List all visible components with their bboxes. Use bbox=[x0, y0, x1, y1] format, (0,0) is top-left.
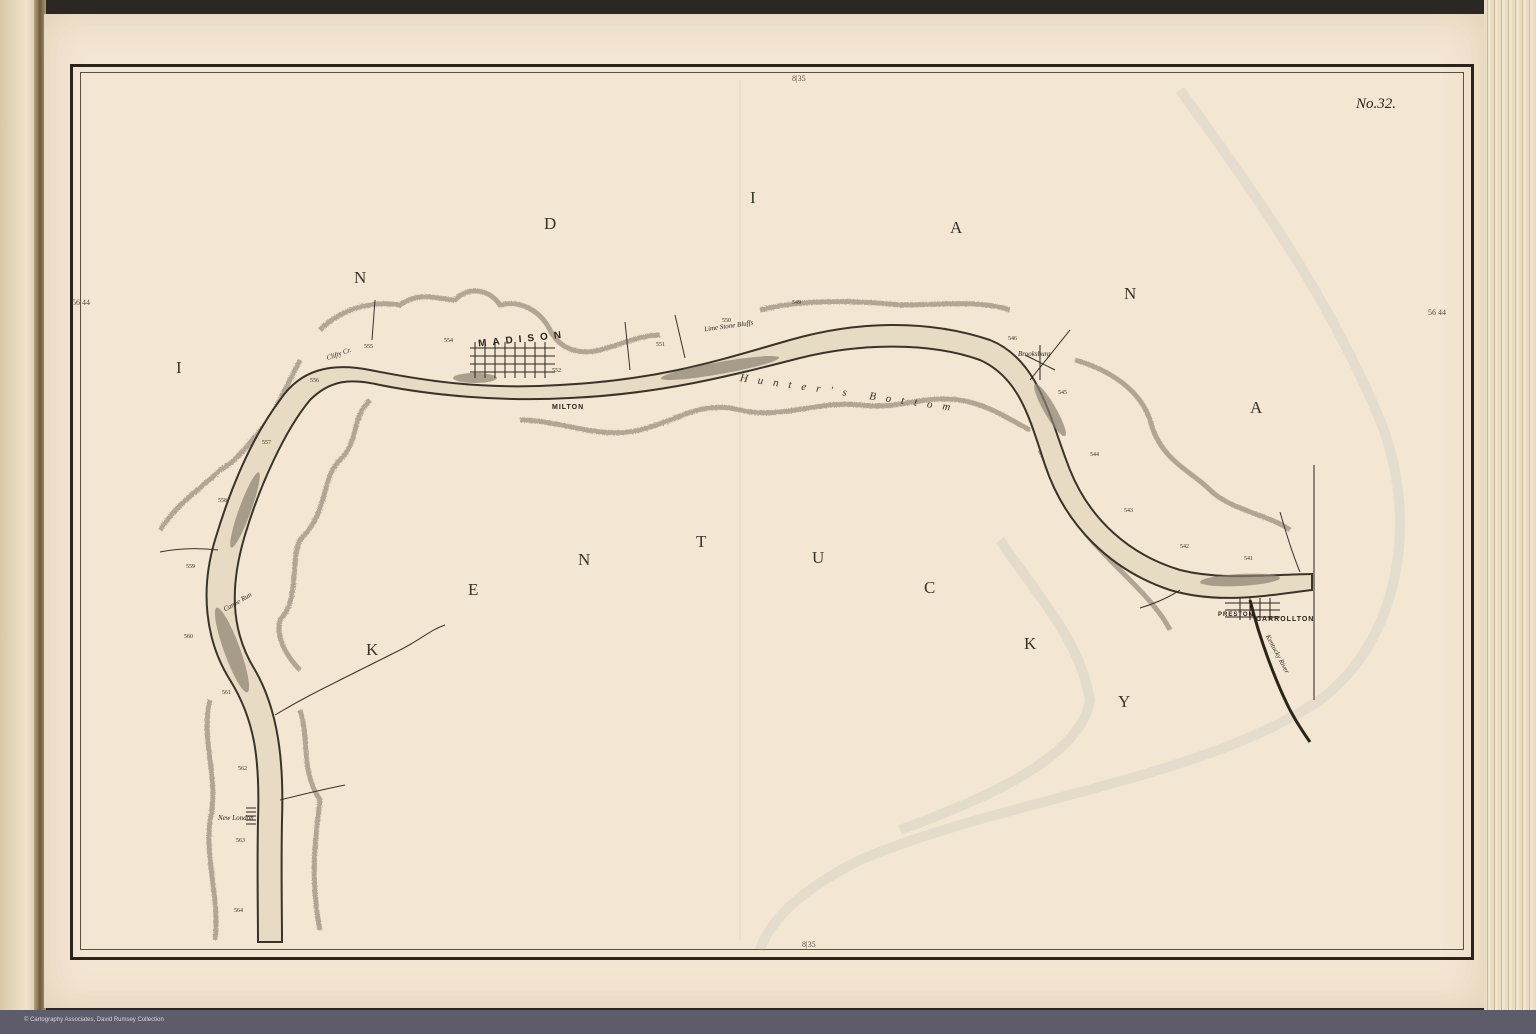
mile-marker: 551 bbox=[656, 342, 665, 348]
ohio-river bbox=[207, 325, 1312, 942]
mile-marker: 564 bbox=[234, 908, 243, 914]
mile-marker: 561 bbox=[222, 690, 231, 696]
state-label-kentucky-letter: K bbox=[366, 640, 378, 660]
river-map bbox=[0, 0, 1536, 1034]
town-label-carrollton: CARROLLTON bbox=[1256, 616, 1314, 623]
mile-marker: 563 bbox=[236, 838, 245, 844]
town-label-preston: PRESTON bbox=[1218, 612, 1254, 618]
mile-marker: 552 bbox=[552, 368, 561, 374]
mile-marker: 543 bbox=[1124, 508, 1133, 514]
mile-marker: 542 bbox=[1180, 544, 1189, 550]
mile-marker: 544 bbox=[1090, 452, 1099, 458]
mile-marker: 557 bbox=[262, 440, 271, 446]
state-label-indiana-letter: I bbox=[176, 358, 182, 378]
state-label-indiana-letter: N bbox=[354, 268, 366, 288]
left-margin-label: 56 44 bbox=[72, 298, 90, 307]
mile-marker: 560 bbox=[184, 634, 193, 640]
town-label-new-london: New London bbox=[218, 814, 254, 822]
credit-text: © Cartography Associates, David Rumsey C… bbox=[24, 1017, 164, 1023]
mile-marker: 549 bbox=[792, 300, 801, 306]
mile-marker: 546 bbox=[1008, 336, 1017, 342]
mile-marker: 555 bbox=[364, 344, 373, 350]
top-margin-label: 8|35 bbox=[792, 74, 806, 83]
mile-marker: 559 bbox=[186, 564, 195, 570]
state-label-kentucky-letter: E bbox=[468, 580, 478, 600]
state-label-kentucky-letter: K bbox=[1024, 634, 1036, 654]
state-label-indiana-letter: A bbox=[950, 218, 962, 238]
plate-number: No.32. bbox=[1356, 96, 1396, 113]
bottom-margin-label: 8|35 bbox=[802, 940, 816, 949]
right-margin-label: 56 44 bbox=[1428, 308, 1446, 317]
state-label-indiana-letter: A bbox=[1250, 398, 1262, 418]
mile-marker: 556 bbox=[310, 378, 319, 384]
mile-marker: 558 bbox=[218, 498, 227, 504]
state-label-kentucky-letter: Y bbox=[1118, 692, 1130, 712]
state-label-kentucky-letter: N bbox=[578, 550, 590, 570]
mile-marker: 562 bbox=[238, 766, 247, 772]
kentucky-bluff-hatching bbox=[207, 399, 1170, 940]
state-label-kentucky-letter: T bbox=[696, 532, 706, 552]
mile-marker: 554 bbox=[444, 338, 453, 344]
scan-footer-strip bbox=[0, 1010, 1536, 1034]
state-label-indiana-letter: D bbox=[544, 214, 556, 234]
state-label-kentucky-letter: U bbox=[812, 548, 824, 568]
state-label-indiana-letter: I bbox=[750, 188, 756, 208]
mile-marker: 545 bbox=[1058, 390, 1067, 396]
state-label-kentucky-letter: C bbox=[924, 578, 935, 598]
state-label-indiana-letter: N bbox=[1124, 284, 1136, 304]
town-label-milton: MILTON bbox=[552, 404, 584, 411]
town-label-brooksburg: Brooksburg bbox=[1018, 350, 1051, 358]
mile-marker: 541 bbox=[1244, 556, 1253, 562]
mile-marker: 550 bbox=[722, 318, 731, 324]
